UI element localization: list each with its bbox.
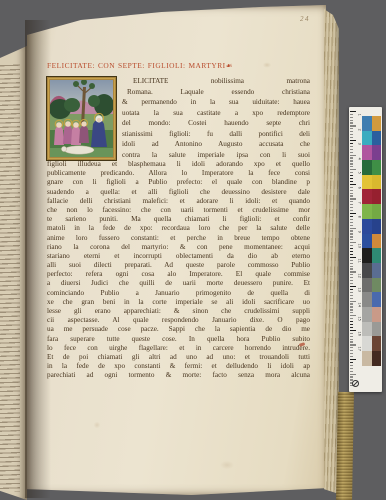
registration-mark-icon xyxy=(352,380,359,387)
ruler-number: 8 xyxy=(357,214,360,220)
color-patch-row xyxy=(362,145,381,160)
text-line: lesse gli erano apparechiati: & sinon ch… xyxy=(47,307,310,316)
text-line: Romana. Laquale essendo christiana xyxy=(122,87,310,98)
ruler-number: 1 xyxy=(357,112,360,118)
ruler-scale: 1234567891011121314151617 xyxy=(349,107,362,392)
color-calibration-bar: 1234567891011121314151617 xyxy=(349,107,382,392)
color-patch-row xyxy=(362,263,381,278)
text-line: riano la corona del martyrio: & con pene… xyxy=(47,243,310,252)
ruler-number: 7 xyxy=(357,199,360,205)
ruler-number: 10 xyxy=(357,243,360,249)
text-block-full-width: figlioli illudeua et blasphemaua li idol… xyxy=(47,160,310,381)
color-patch-row xyxy=(362,116,381,131)
color-patch-row xyxy=(362,351,381,366)
text-line: gnare con li figlioli a Publio prefecto:… xyxy=(47,178,310,187)
text-line: publicamente predicando. Allora lo Imper… xyxy=(47,169,310,178)
color-patch-row xyxy=(362,322,381,337)
color-patch xyxy=(362,278,372,293)
color-patch-row xyxy=(362,131,381,146)
text-line: che non lo facessino: che con uarii torm… xyxy=(47,206,310,215)
color-patch xyxy=(372,322,382,337)
color-patch-row xyxy=(362,234,381,249)
ruler-number: 11 xyxy=(357,258,360,264)
book-photograph: 24 FELICITATE: CON SEPTE: FIGLIOLI: MART… xyxy=(0,0,386,500)
ruler-number: 4 xyxy=(357,156,360,162)
ruler-number: 15 xyxy=(357,316,360,322)
ruler-number: 6 xyxy=(357,185,360,191)
text-line: lo fece con uirghe flagellare: et in car… xyxy=(47,344,310,353)
illuminated-miniature xyxy=(46,76,117,161)
text-line: del mondo: Costei hauendo septe chri xyxy=(122,118,310,129)
color-patch xyxy=(362,131,372,146)
color-patch xyxy=(372,160,382,175)
color-patch xyxy=(362,322,372,337)
text-line: cii aspectasse. Al quale respondendo Jan… xyxy=(47,316,310,325)
gilt-fore-edge xyxy=(336,392,354,500)
text-line: Et de poi chiamati gli altri ad uno ad u… xyxy=(47,353,310,362)
text-line: figlioli illudeua et blasphemaua li idol… xyxy=(47,160,310,169)
text-line: alli suoi dilecti preparati. Ad queste p… xyxy=(47,261,310,270)
color-patch xyxy=(372,263,382,278)
color-patch-row xyxy=(362,292,381,307)
color-patch-row xyxy=(362,219,381,234)
color-patches xyxy=(362,116,381,366)
color-patch xyxy=(362,204,372,219)
color-patch xyxy=(362,234,372,249)
ruler-number: 13 xyxy=(357,287,360,293)
color-patch xyxy=(372,234,382,249)
ruler-number: 12 xyxy=(357,272,360,278)
text-line: fallacie delli christiani malefici: et a… xyxy=(47,197,310,206)
color-patch xyxy=(372,307,382,322)
text-line: suadendo a quella: et alli figlioli che … xyxy=(47,188,310,197)
color-patch xyxy=(362,189,372,204)
color-patch xyxy=(362,219,372,234)
color-patch xyxy=(372,175,382,190)
ruler-number: 5 xyxy=(357,170,360,176)
miniature-scene xyxy=(49,79,114,157)
color-patch-row xyxy=(362,278,381,293)
text-line: stianissimi figlioli: fu dalli pontifici… xyxy=(122,129,310,140)
color-patch xyxy=(372,145,382,160)
color-patch-row xyxy=(362,160,381,175)
color-patch xyxy=(362,263,372,278)
color-patch xyxy=(362,160,372,175)
text-line: a diuersi Judici che quilli de uarii mor… xyxy=(47,279,310,288)
folio-number: 24 xyxy=(300,15,310,23)
text-line: in la fede de xpo constanti & fermi: et … xyxy=(47,362,310,371)
color-patch xyxy=(372,219,382,234)
ruler-number: 17 xyxy=(357,345,360,351)
color-patch-row xyxy=(362,175,381,190)
text-column-beside-miniature: ELICITATE nobilissima matronaRomana. Laq… xyxy=(122,76,310,160)
color-patch-row xyxy=(362,248,381,263)
color-patch xyxy=(362,307,372,322)
color-patch xyxy=(372,292,382,307)
ruler-number: 14 xyxy=(357,302,360,308)
text-line: te sarieno puniti. Ma quella chiamati li… xyxy=(47,215,310,224)
color-patch xyxy=(362,248,372,263)
text-line: contra la salute imperiale ipsa con li s… xyxy=(122,150,310,161)
color-patch-row xyxy=(362,189,381,204)
text-line: ELICITATE nobilissima matrona xyxy=(122,76,310,87)
color-patch xyxy=(372,336,382,351)
ruler-number: 16 xyxy=(357,331,360,337)
rubric-heading: FELICITATE: CON SEPTE: FIGLIOLI: MARTYRI… xyxy=(47,61,312,72)
color-patch xyxy=(362,145,372,160)
text-line: xe che gran beni in la corte imperiale s… xyxy=(47,298,310,307)
text-line: idoli ad Antonino Augusto accusata che xyxy=(122,139,310,150)
color-patch xyxy=(362,336,372,351)
color-patch xyxy=(362,175,372,190)
color-patch xyxy=(372,248,382,263)
color-patch-row xyxy=(362,336,381,351)
color-patch xyxy=(362,292,372,307)
color-patch xyxy=(362,351,372,366)
text-line: fara superare tutte queste cose. In quel… xyxy=(47,335,310,344)
color-patch xyxy=(372,278,382,293)
ruler-number: 3 xyxy=(357,141,360,147)
text-line: matoli in la fede de xpo: recordaua loro… xyxy=(47,224,310,233)
color-patch xyxy=(372,131,382,146)
ruler-number: 9 xyxy=(357,229,360,235)
text-line: perfecto: refera ogni cosa alo Imperator… xyxy=(47,270,310,279)
color-patch xyxy=(372,116,382,131)
color-patch xyxy=(372,351,382,366)
color-patch-row xyxy=(362,307,381,322)
text-line: cominciando Publio a Januario primogenit… xyxy=(47,289,310,298)
facing-page-edge xyxy=(0,46,27,500)
text-line: ua me persuade cose pacze. Sappi che la … xyxy=(47,325,310,334)
ruler-number: 2 xyxy=(357,126,360,132)
text-line: parechiati ad ogni tormento & morte: fac… xyxy=(47,371,310,380)
text-line: anime loro fussero constanti: et perche … xyxy=(47,234,310,243)
color-patch xyxy=(372,189,382,204)
figure-group-sons xyxy=(54,119,89,145)
color-patch xyxy=(372,204,382,219)
text-line: stariano eterni et incorrupti oblectamen… xyxy=(47,252,310,261)
text-line: uotata la sua castitate a xpo redemptore xyxy=(122,108,310,119)
text-line: & permanendo in la sua uiduitate: hauea xyxy=(122,97,310,108)
color-patch-row xyxy=(362,204,381,219)
color-patch xyxy=(362,116,372,131)
